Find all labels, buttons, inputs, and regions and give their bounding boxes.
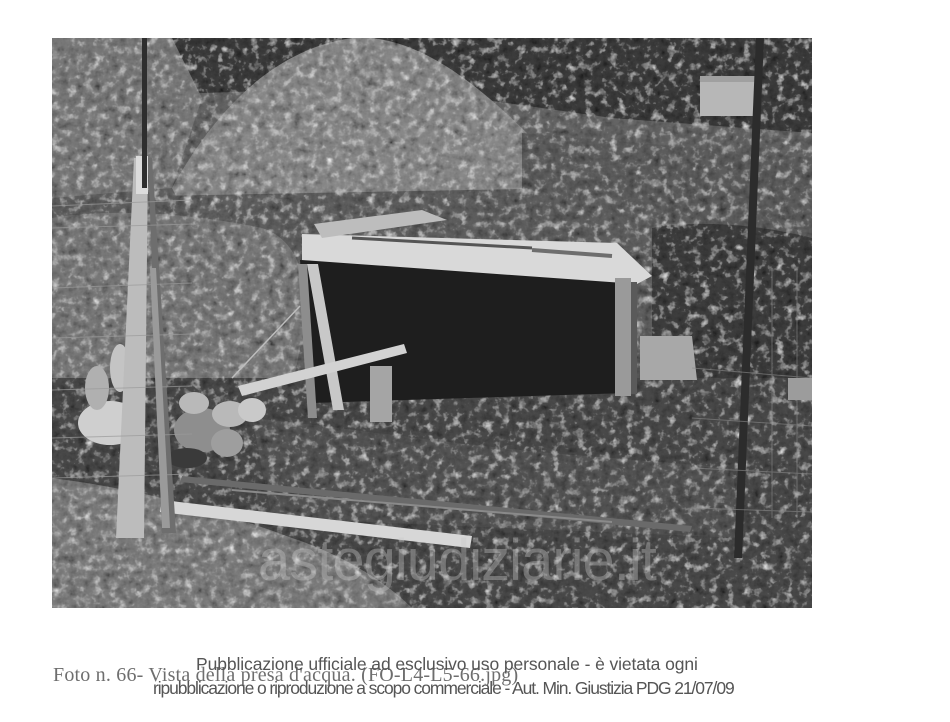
document-page: astegiudiziarie.it Foto n. 66- Vista del… <box>0 0 950 722</box>
site-photograph: astegiudiziarie.it <box>52 38 812 608</box>
photo-caption: Foto n. 66- Vista della presa d'acqua. (… <box>53 664 518 687</box>
photo-illustration <box>52 38 812 608</box>
